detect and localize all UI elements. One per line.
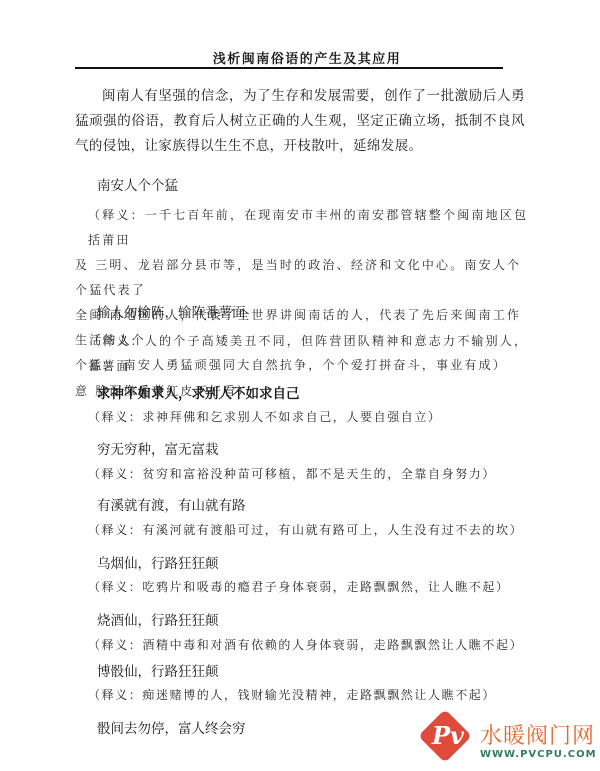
saying: 烧酒仙，行路狂狂颠 [97, 611, 547, 631]
site-watermark: Pv 水暖阀门网 WWW.PVCPU.COM [418, 713, 598, 769]
explanation: （释义：痴迷赌博的人，钱财输光没精神，走路飘飘然让人瞧不起） [88, 683, 543, 708]
document-page: 浅析闽南俗语的产生及其应用 闽南人有坚强的信念，为了生存和发展需要，创作了一批激… [0, 0, 600, 771]
saying: 输人勿输阵，输阵番薯面 [97, 303, 547, 323]
saying-bold: 求神不如求人，求别人不如求自己 [97, 384, 547, 404]
document-title: 浅析闽南俗语的产生及其应用 [213, 52, 402, 67]
explanation: （释义：贫穷和富裕没种苗可移植，都不是天生的，全靠自身努力） [88, 462, 543, 487]
explanation-line: （释义：人的个子高矮美丑不同，但阵营团队精神和意志力不输别人，番薯面 [75, 329, 530, 379]
explanation: （释义：有溪河就有渡船可过，有山就有路可上，人生没有过不去的坎） [88, 518, 543, 543]
saying: 有溪就有渡，有山就有路 [97, 496, 547, 516]
saying: 穷无穷种，富无富栽 [97, 440, 547, 460]
explanation-line: 及 三明、龙岩部分县市等，是当时的政治、经济和文化中心。南安人个个猛代表了 [75, 253, 530, 303]
title-underline: 浅析闽南俗语的产生及其应用 [75, 48, 503, 69]
explanation-line: （释义：一千七百年前，在现南安市丰州的南安郡管辖整个闽南地区包括莆田 [75, 203, 530, 253]
explanation: （释义：酒精中毒和对酒有依赖的人身体衰弱，走路飘飘然让人瞧不起） [88, 633, 543, 658]
saying: 乌烟仙，行路狂狂颠 [97, 554, 547, 574]
saying: 南安人个个猛 [97, 176, 547, 196]
explanation: （释义：吃鸦片和吸毒的瘾君子身体衰弱，走路飘飘然，让人瞧不起） [88, 575, 543, 600]
intro-paragraph: 闽南人有坚强的信念，为了生存和发展需要，创作了一批激励后人勇猛顽强的俗语，教育后… [75, 84, 525, 159]
watermark-site-name: 水暖阀门网 [480, 719, 595, 750]
watermark-url: WWW.PVCPU.COM [480, 749, 597, 760]
explanation: （释义：求神拜佛和乞求别人不如求自己，人要自强自立） [88, 405, 543, 430]
watermark-logo-text: Pv [428, 721, 468, 750]
saying: 博骰仙，行路狂狂颠 [97, 662, 547, 682]
